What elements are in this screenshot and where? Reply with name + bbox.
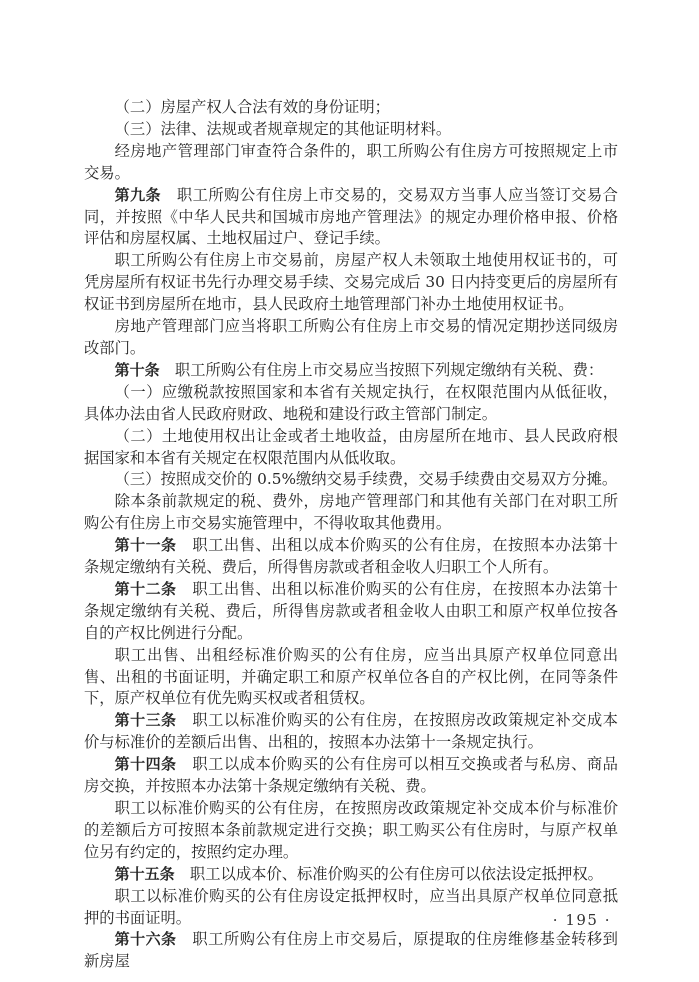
article-number: 第十条 <box>115 361 160 379</box>
article-number: 第十一条 <box>115 536 177 554</box>
paragraph: （二）房屋产权人合法有效的身份证明； <box>84 97 618 119</box>
article-number: 第十二条 <box>115 580 177 598</box>
document-body: （二）房屋产权人合法有效的身份证明；（三）法律、法规或者规章规定的其他证明材料。… <box>84 97 618 973</box>
article-paragraph: 第十五条 职工以成本价、标准价购买的公有住房可以依法设定抵押权。 <box>84 864 618 886</box>
paragraph-list: （二）房屋产权人合法有效的身份证明；（三）法律、法规或者规章规定的其他证明材料。… <box>84 97 618 973</box>
document-page: （二）房屋产权人合法有效的身份证明；（三）法律、法规或者规章规定的其他证明材料。… <box>0 0 699 982</box>
article-paragraph: 第十二条 职工出售、出租以标准价购买的公有住房，在按照本办法第十条规定缴纳有关税… <box>84 579 618 645</box>
article-paragraph: 第十一条 职工出售、出租以成本价购买的公有住房，在按照本办法第十条规定缴纳有关税… <box>84 535 618 579</box>
paragraph: 职工出售、出租经标准价购买的公有住房，应当出具原产权单位同意出售、出租的书面证明… <box>84 645 618 711</box>
page-number: · 195 · <box>553 910 611 930</box>
article-number: 第九条 <box>115 186 161 204</box>
article-number: 第十六条 <box>115 930 177 948</box>
paragraph: （二）土地使用权出让金或者土地收益，由房屋所在地市、县人民政府根据国家和本省有关… <box>84 426 618 470</box>
article-paragraph: 第十三条 职工以标准价购买的公有住房，在按照房改政策规定补交成本价与标准价的差额… <box>84 710 618 754</box>
paragraph: 职工以标准价购买的公有住房设定抵押权时，应当出具原产权单位同意抵押的书面证明。 <box>84 886 618 930</box>
paragraph: （三）按照成交价的 0.5%缴纳交易手续费，交易手续费由交易双方分摊。 <box>84 469 618 491</box>
paragraph: 房地产管理部门应当将职工所购公有住房上市交易的情况定期抄送同级房改部门。 <box>84 316 618 360</box>
article-number: 第十四条 <box>115 755 177 773</box>
paragraph: 职工所购公有住房上市交易前，房屋产权人未领取土地使用权证书的，可凭房屋所有权证书… <box>84 250 618 316</box>
paragraph: （三）法律、法规或者规章规定的其他证明材料。 <box>84 119 618 141</box>
article-paragraph: 第十条 职工所购公有住房上市交易应当按照下列规定缴纳有关税、费： <box>84 360 618 382</box>
article-paragraph: 第十六条 职工所购公有住房上市交易后，原提取的住房维修基金转移到新房屋 <box>84 929 618 973</box>
paragraph: 除本条前款规定的税、费外，房地产管理部门和其他有关部门在对职工所购公有住房上市交… <box>84 491 618 535</box>
article-paragraph: 第九条 职工所购公有住房上市交易的，交易双方当事人应当签订交易合同，并按照《中华… <box>84 185 618 251</box>
paragraph: 经房地产管理部门审查符合条件的，职工所购公有住房方可按照规定上市交易。 <box>84 141 618 185</box>
article-number: 第十三条 <box>115 711 177 729</box>
article-number: 第十五条 <box>115 865 175 883</box>
paragraph: 职工以标准价购买的公有住房，在按照房改政策规定补交成本价与标准价的差额后方可按照… <box>84 798 618 864</box>
paragraph: （一）应缴税款按照国家和本省有关规定执行，在权限范围内从低征收，具体办法由省人民… <box>84 382 618 426</box>
article-paragraph: 第十四条 职工以成本价购买的公有住房可以相互交换或者与私房、商品房交换，并按照本… <box>84 754 618 798</box>
